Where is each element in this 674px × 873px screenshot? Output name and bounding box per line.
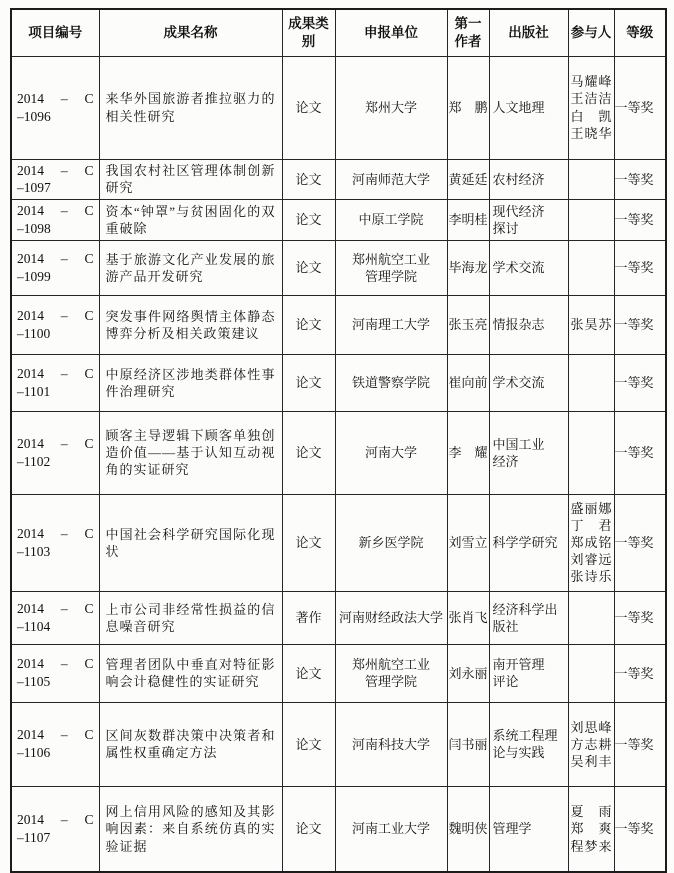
cell-grade: 一等奖 <box>614 786 666 872</box>
cell-project-id: 2014 – C –1106 <box>11 702 99 786</box>
cell-title: 中国社会科学研究国际化现状 <box>99 494 282 591</box>
cell-participants: 刘思峰 方志耕 吴利丰 <box>568 702 614 786</box>
col-header-project-id: 项目编号 <box>11 9 99 56</box>
cell-unit: 铁道警察学院 <box>335 354 447 411</box>
cell-grade: 一等奖 <box>614 494 666 591</box>
col-header-category: 成果类别 <box>282 9 335 56</box>
table-row: 2014 – C –1101 中原经济区涉地类群体性事件治理研究 论文 铁道警察… <box>11 354 666 411</box>
col-header-unit: 申报单位 <box>335 9 447 56</box>
cell-publisher: 学术交流 <box>489 240 568 295</box>
cell-first-author: 黄延廷 <box>447 159 489 200</box>
cell-category: 论文 <box>282 200 335 241</box>
table-row: 2014 – C –1096 来华外国旅游者推拉驱力的相关性研究 论文 郑州大学… <box>11 56 666 159</box>
cell-first-author: 毕海龙 <box>447 240 489 295</box>
cell-participants <box>568 411 614 494</box>
cell-participants <box>568 240 614 295</box>
cell-grade: 一等奖 <box>614 159 666 200</box>
cell-publisher: 中国工业 经济 <box>489 411 568 494</box>
cell-publisher: 管理学 <box>489 786 568 872</box>
cell-grade: 一等奖 <box>614 56 666 159</box>
cell-participants: 夏 雨 郑 爽 程梦来 <box>568 786 614 872</box>
document-page: 项目编号 成果名称 成果类别 申报单位 第一 作者 出版社 参与人 等级 201… <box>0 0 674 872</box>
cell-unit: 郑州大学 <box>335 56 447 159</box>
cell-publisher: 人文地理 <box>489 56 568 159</box>
col-header-title: 成果名称 <box>99 9 282 56</box>
cell-grade: 一等奖 <box>614 354 666 411</box>
cell-participants <box>568 644 614 702</box>
header-row: 项目编号 成果名称 成果类别 申报单位 第一 作者 出版社 参与人 等级 <box>11 9 666 56</box>
cell-first-author: 刘永丽 <box>447 644 489 702</box>
cell-category: 论文 <box>282 159 335 200</box>
cell-publisher: 系统工程理 论与实践 <box>489 702 568 786</box>
cell-category: 论文 <box>282 411 335 494</box>
table-row: 2014 – C –1102 顾客主导逻辑下顾客单独创造价值——基于认知互动视角… <box>11 411 666 494</box>
cell-unit: 河南大学 <box>335 411 447 494</box>
cell-first-author: 张肖飞 <box>447 591 489 644</box>
cell-unit: 新乡医学院 <box>335 494 447 591</box>
cell-project-id: 2014 – C –1107 <box>11 786 99 872</box>
cell-title: 我国农村社区管理体制创新研究 <box>99 159 282 200</box>
cell-project-id: 2014 – C –1099 <box>11 240 99 295</box>
cell-unit: 中原工学院 <box>335 200 447 241</box>
cell-project-id: 2014 – C –1105 <box>11 644 99 702</box>
cell-unit: 郑州航空工业 管理学院 <box>335 644 447 702</box>
cell-unit: 河南财经政法大学 <box>335 591 447 644</box>
table-row: 2014 – C –1105 管理者团队中垂直对特征影响会计稳健性的实证研究 论… <box>11 644 666 702</box>
cell-participants <box>568 591 614 644</box>
cell-unit: 河南工业大学 <box>335 786 447 872</box>
cell-participants: 马耀峰 王洁洁 白 凯 王晓华 <box>568 56 614 159</box>
cell-title: 资本“钟罩”与贫困固化的双重破除 <box>99 200 282 241</box>
cell-project-id: 2014 – C –1104 <box>11 591 99 644</box>
col-header-participants: 参与人 <box>568 9 614 56</box>
cell-first-author: 李明桂 <box>447 200 489 241</box>
cell-title: 基于旅游文化产业发展的旅游产品开发研究 <box>99 240 282 295</box>
cell-project-id: 2014 – C –1100 <box>11 295 99 354</box>
table-row: 2014 – C –1099 基于旅游文化产业发展的旅游产品开发研究 论文 郑州… <box>11 240 666 295</box>
col-header-publisher: 出版社 <box>489 9 568 56</box>
cell-project-id: 2014 – C –1103 <box>11 494 99 591</box>
table-row: 2014 – C –1107 网上信用风险的感知及其影响因素：来自系统仿真的实验… <box>11 786 666 872</box>
cell-publisher: 学术交流 <box>489 354 568 411</box>
col-header-grade: 等级 <box>614 9 666 56</box>
cell-publisher: 南开管理 评论 <box>489 644 568 702</box>
cell-unit: 河南师范大学 <box>335 159 447 200</box>
cell-title: 来华外国旅游者推拉驱力的相关性研究 <box>99 56 282 159</box>
cell-publisher: 现代经济 探讨 <box>489 200 568 241</box>
cell-unit: 河南理工大学 <box>335 295 447 354</box>
cell-first-author: 崔向前 <box>447 354 489 411</box>
cell-category: 论文 <box>282 494 335 591</box>
cell-category: 论文 <box>282 354 335 411</box>
cell-grade: 一等奖 <box>614 702 666 786</box>
cell-grade: 一等奖 <box>614 200 666 241</box>
cell-first-author: 闫书丽 <box>447 702 489 786</box>
cell-category: 论文 <box>282 240 335 295</box>
cell-category: 论文 <box>282 702 335 786</box>
cell-grade: 一等奖 <box>614 411 666 494</box>
table-row: 2014 – C –1097 我国农村社区管理体制创新研究 论文 河南师范大学 … <box>11 159 666 200</box>
table-row: 2014 – C –1104 上市公司非经常性损益的信息噪音研究 著作 河南财经… <box>11 591 666 644</box>
cell-title: 上市公司非经常性损益的信息噪音研究 <box>99 591 282 644</box>
cell-unit: 郑州航空工业 管理学院 <box>335 240 447 295</box>
cell-title: 区间灰数群决策中决策者和属性权重确定方法 <box>99 702 282 786</box>
cell-category: 论文 <box>282 786 335 872</box>
cell-participants <box>568 354 614 411</box>
cell-project-id: 2014 – C –1101 <box>11 354 99 411</box>
cell-first-author: 魏明侠 <box>447 786 489 872</box>
cell-category: 论文 <box>282 56 335 159</box>
cell-publisher: 经济科学出 版社 <box>489 591 568 644</box>
cell-grade: 一等奖 <box>614 240 666 295</box>
cell-first-author: 郑 鹏 <box>447 56 489 159</box>
cell-project-id: 2014 – C –1097 <box>11 159 99 200</box>
cell-title: 中原经济区涉地类群体性事件治理研究 <box>99 354 282 411</box>
cell-participants <box>568 159 614 200</box>
col-header-first-author: 第一 作者 <box>447 9 489 56</box>
cell-title: 顾客主导逻辑下顾客单独创造价值——基于认知互动视角的实证研究 <box>99 411 282 494</box>
cell-first-author: 张玉亮 <box>447 295 489 354</box>
table-row: 2014 – C –1098 资本“钟罩”与贫困固化的双重破除 论文 中原工学院… <box>11 200 666 241</box>
cell-grade: 一等奖 <box>614 591 666 644</box>
cell-first-author: 刘雪立 <box>447 494 489 591</box>
table-row: 2014 – C –1100 突发事件网络舆情主体静态博弈分析及相关政策建议 论… <box>11 295 666 354</box>
cell-project-id: 2014 – C –1102 <box>11 411 99 494</box>
cell-participants <box>568 200 614 241</box>
table-row: 2014 – C –1103 中国社会科学研究国际化现状 论文 新乡医学院 刘雪… <box>11 494 666 591</box>
cell-publisher: 科学学研究 <box>489 494 568 591</box>
cell-title: 管理者团队中垂直对特征影响会计稳健性的实证研究 <box>99 644 282 702</box>
table-row: 2014 – C –1106 区间灰数群决策中决策者和属性权重确定方法 论文 河… <box>11 702 666 786</box>
cell-first-author: 李 耀 <box>447 411 489 494</box>
cell-participants: 盛丽娜 丁 君 郑成铭 刘睿远 张诗乐 <box>568 494 614 591</box>
cell-category: 著作 <box>282 591 335 644</box>
cell-project-id: 2014 – C –1098 <box>11 200 99 241</box>
cell-title: 突发事件网络舆情主体静态博弈分析及相关政策建议 <box>99 295 282 354</box>
cell-project-id: 2014 – C –1096 <box>11 56 99 159</box>
cell-grade: 一等奖 <box>614 295 666 354</box>
cell-grade: 一等奖 <box>614 644 666 702</box>
cell-unit: 河南科技大学 <box>335 702 447 786</box>
awards-table: 项目编号 成果名称 成果类别 申报单位 第一 作者 出版社 参与人 等级 201… <box>10 8 667 873</box>
cell-title: 网上信用风险的感知及其影响因素：来自系统仿真的实验证据 <box>99 786 282 872</box>
cell-category: 论文 <box>282 644 335 702</box>
cell-publisher: 农村经济 <box>489 159 568 200</box>
cell-publisher: 情报杂志 <box>489 295 568 354</box>
cell-participants: 张昊苏 <box>568 295 614 354</box>
cell-category: 论文 <box>282 295 335 354</box>
